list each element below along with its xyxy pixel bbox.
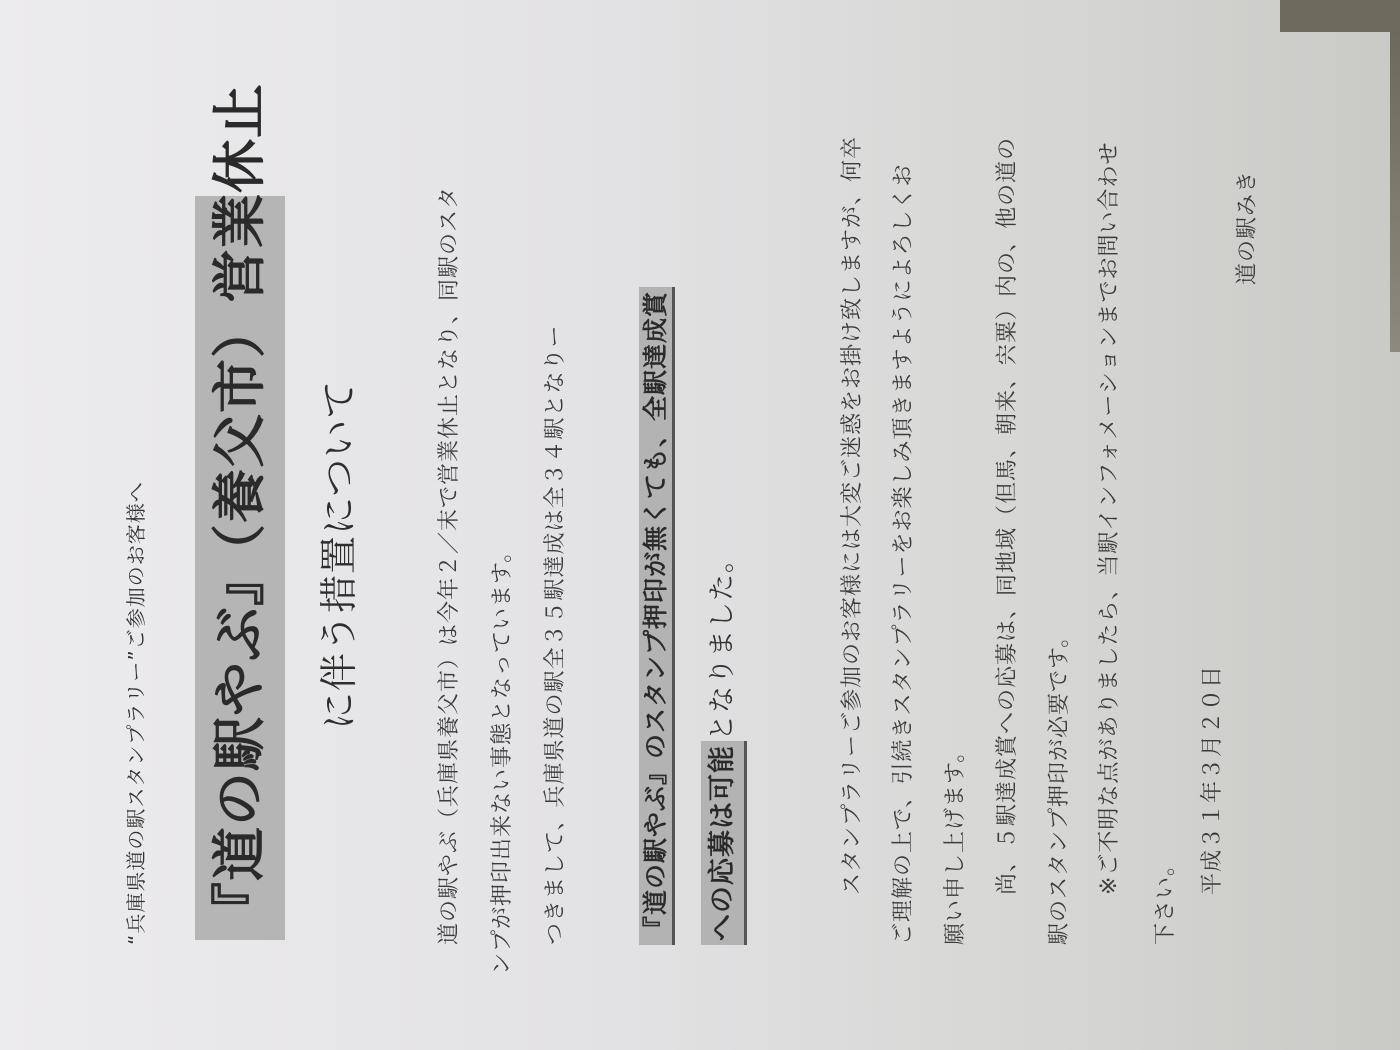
notice-subtitle: に伴う措置について (308, 380, 363, 730)
paragraph-2-line-3: 願い申し上げます。 (938, 740, 969, 945)
paragraph-4-line-2: 下さい。 (1148, 853, 1179, 945)
paragraph-4-line-1: ※ご不明な点がありましたら、当駅インフォメーションまでお問い合わせ (1092, 142, 1123, 895)
paragraph-2-line-2: ご理解の上で、引続きスタンプラリーをお楽しみ頂きますようによろしくお (886, 163, 917, 945)
paragraph-1-line-3: つきまして、兵庫県道の駅全３５駅達成は全３４駅となりー (538, 324, 569, 945)
notice-tail-text: となりました。 (707, 545, 738, 741)
notice-signature: 道の駅みき (1230, 170, 1261, 285)
paper-edge-shadow (1390, 32, 1400, 352)
highlighted-notice-tail: への応募は可能 (701, 741, 747, 945)
paragraph-1-line-1: 道の駅やぶ（兵庫県養父市）は今年２／末で営業休止となり、同駅のスタ (432, 186, 463, 945)
notice-sheet: “兵庫県道の駅スタンプラリー”ご参加のお客様へ 『道の駅やぶ』（養父市）営業休止… (30, 5, 1330, 1005)
notice-title: 『道の駅やぶ』（養父市）営業休止 (195, 196, 285, 940)
paragraph-1-line-2: ンプが押印出来ない事態となっています。 (485, 540, 516, 975)
paragraph-3-line-1: 尚、５駅達成賞への応募は、同地域（但馬、朝来、宍粟）内の、他の道の (990, 137, 1021, 895)
notice-intro: “兵庫県道の駅スタンプラリー”ご参加のお客様へ (120, 481, 149, 945)
photo-background: “兵庫県道の駅スタンプラリー”ご参加のお客様へ 『道の駅やぶ』（養父市）営業休止… (0, 0, 1400, 1050)
highlighted-notice: 『道の駅やぶ』のスタンプ押印が無くても、全駅達成賞 (639, 287, 675, 945)
paragraph-2-line-1: スタンプラリーご参加のお客様には大変ご迷惑をお掛け致しますが、何卒 (835, 136, 866, 895)
paragraph-3-line-2: 駅のスタンプ押印が必要です。 (1042, 625, 1073, 945)
notice-date: 平成３１年３月２０日 (1195, 665, 1226, 895)
